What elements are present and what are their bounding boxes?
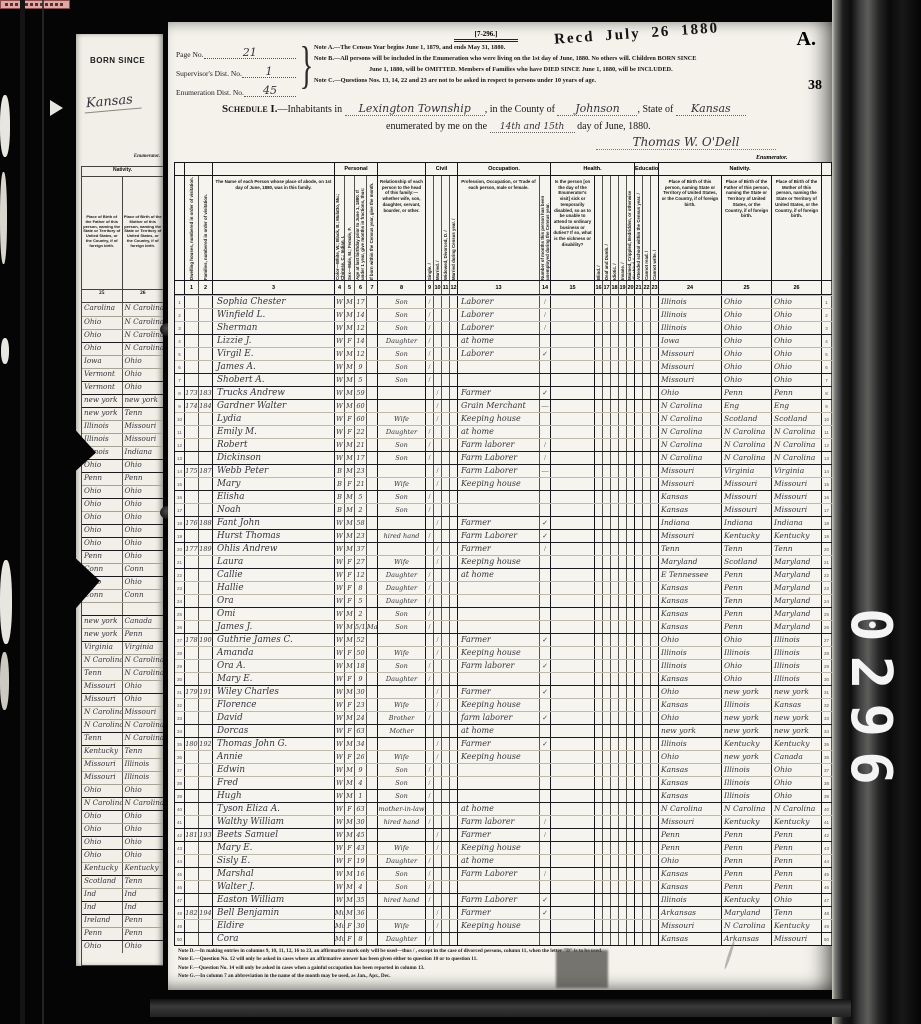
- table-cell: [185, 582, 199, 594]
- table-cell: [367, 933, 378, 945]
- table-cell: [635, 452, 643, 464]
- cell-person-name: Dickinson: [213, 452, 335, 464]
- table-cell: [611, 517, 619, 529]
- prev-birthplace-cell: Ohio: [82, 486, 123, 498]
- table-cell: Illinois: [722, 790, 772, 802]
- prev-col25-number: 25: [82, 290, 123, 302]
- prev-row: OhioN Carolina: [82, 329, 163, 342]
- table-cell: [627, 686, 635, 698]
- table-cell: [185, 868, 199, 880]
- table-cell: [367, 595, 378, 607]
- group-header-cell: Personal Description.: [335, 163, 378, 175]
- table-cell: Farmer: [458, 907, 540, 919]
- table-cell: [450, 686, 458, 698]
- table-cell: [603, 374, 611, 386]
- table-cell: [551, 530, 595, 542]
- table-cell: [442, 803, 450, 815]
- table-row: 3ShermanWM12Son/Laborer/IllinoisOhioOhio…: [175, 321, 834, 334]
- table-cell: [651, 426, 659, 438]
- table-cell: M: [345, 504, 355, 516]
- group-header-cell: Occupation.: [458, 163, 551, 175]
- table-cell: 45: [355, 829, 367, 841]
- table-cell: [595, 374, 603, 386]
- table-cell: [434, 582, 442, 594]
- table-cell: Keeping house: [458, 647, 540, 659]
- table-cell: [434, 868, 442, 880]
- table-row: 7Shobert A.WM5Son/MissouriOhioOhio7: [175, 373, 834, 386]
- table-cell: 19: [175, 530, 185, 542]
- table-cell: 5/12: [355, 621, 367, 633]
- table-cell: [619, 712, 627, 724]
- table-cell: [551, 400, 595, 412]
- table-cell: 27: [355, 556, 367, 568]
- table-cell: Indiana: [659, 517, 722, 529]
- table-cell: [442, 686, 450, 698]
- table-cell: 30: [355, 686, 367, 698]
- table-cell: [426, 803, 434, 815]
- table-cell: [434, 803, 442, 815]
- table-cell: /: [540, 309, 551, 321]
- table-cell: [603, 868, 611, 880]
- table-cell: [434, 439, 442, 451]
- table-cell: [450, 790, 458, 802]
- table-cell: new york: [772, 712, 822, 724]
- table-cell: [540, 881, 551, 893]
- table-cell: [619, 764, 627, 776]
- prev-row: [82, 602, 163, 615]
- table-cell: [619, 517, 627, 529]
- table-cell: [635, 790, 643, 802]
- prev-birthplace-cell: Virginia: [82, 642, 123, 654]
- table-cell: [643, 361, 651, 373]
- table-row: 33DavidWM24Brother/farm laborer✓Ohionew …: [175, 711, 834, 724]
- table-cell: 50: [822, 933, 832, 945]
- table-cell: 47: [822, 894, 832, 906]
- table-cell: [367, 309, 378, 321]
- cell-person-name: David: [213, 712, 335, 724]
- prev-rows: CarolinaN CarolinaOhioN CarolinaOhioN Ca…: [82, 303, 163, 953]
- table-cell: [651, 387, 659, 399]
- prev-birthplace-cell: N Carolina: [123, 330, 164, 342]
- table-cell: [367, 543, 378, 555]
- table-cell: [603, 504, 611, 516]
- table-cell: [643, 322, 651, 334]
- prev-birthplace-cell: Ind: [82, 889, 123, 901]
- cell-person-name: Sherman: [213, 322, 335, 334]
- prev-birthplace-cell: N Carolina: [123, 668, 164, 680]
- table-cell: Ohio: [722, 309, 772, 321]
- table-cell: [611, 842, 619, 854]
- table-cell: Maryland: [659, 556, 722, 568]
- table-cell: [643, 452, 651, 464]
- table-cell: Farmer: [458, 686, 540, 698]
- table-cell: W: [335, 829, 345, 841]
- table-cell: [595, 686, 603, 698]
- table-cell: [627, 738, 635, 750]
- table-cell: [378, 738, 426, 750]
- table-cell: B: [335, 478, 345, 490]
- table-cell: [450, 504, 458, 516]
- table-cell: ✓: [540, 387, 551, 399]
- table-cell: Son: [378, 348, 426, 360]
- table-cell: [595, 335, 603, 347]
- table-cell: [651, 881, 659, 893]
- table-cell: W: [335, 452, 345, 464]
- table-cell: [611, 322, 619, 334]
- table-cell: [450, 920, 458, 932]
- table-cell: [442, 556, 450, 568]
- table-cell: Tenn: [772, 543, 822, 555]
- prev-col26-number: 26: [123, 290, 164, 302]
- table-cell: [458, 673, 540, 685]
- table-cell: [458, 933, 540, 945]
- table-cell: [595, 634, 603, 646]
- table-cell: M: [345, 361, 355, 373]
- table-cell: [434, 933, 442, 945]
- table-cell: Tenn: [772, 907, 822, 919]
- table-cell: [651, 751, 659, 763]
- table-cell: /: [434, 920, 442, 932]
- table-row: 27178190Guthrie James C.WM52/Farmer✓Ohio…: [175, 633, 834, 646]
- table-cell: M: [345, 686, 355, 698]
- table-cell: Penn: [772, 387, 822, 399]
- table-cell: [627, 868, 635, 880]
- table-cell: [619, 894, 627, 906]
- table-cell: Kansas: [659, 764, 722, 776]
- table-cell: Daughter: [378, 582, 426, 594]
- table-cell: [595, 465, 603, 477]
- table-cell: [603, 465, 611, 477]
- table-cell: Farm Laborer: [458, 530, 540, 542]
- table-row: 48182194Bell BenjaminMuM36/Farmer✓Arkans…: [175, 906, 834, 919]
- table-cell: [540, 751, 551, 763]
- table-cell: 10: [175, 413, 185, 425]
- table-cell: [603, 335, 611, 347]
- table-cell: [611, 439, 619, 451]
- table-cell: [551, 660, 595, 672]
- table-cell: M: [345, 439, 355, 451]
- supervisor-label: Supervisor's Dist. No.: [176, 69, 242, 78]
- column-number-cell: 21: [635, 281, 643, 294]
- table-cell: [619, 725, 627, 737]
- prev-birthplace-cell: [82, 603, 123, 615]
- prev-birthplace-cell: Tenn: [123, 746, 164, 758]
- prev-row: MissouriOhio: [82, 693, 163, 706]
- prev-birthplace-cell: Ohio: [82, 512, 123, 524]
- page-no-label: Page No.: [176, 50, 204, 59]
- cell-person-name: Ora A.: [213, 660, 335, 672]
- table-cell: [551, 322, 595, 334]
- table-cell: [199, 881, 213, 893]
- table-cell: N Carolina: [722, 452, 772, 464]
- prev-birthplace-cell: Kentucky: [123, 863, 164, 875]
- cell-person-name: Mary E.: [213, 673, 335, 685]
- table-cell: [627, 855, 635, 867]
- table-cell: [603, 829, 611, 841]
- table-cell: [595, 816, 603, 828]
- table-cell: [434, 595, 442, 607]
- table-cell: Missouri: [659, 348, 722, 360]
- table-cell: [627, 465, 635, 477]
- table-cell: [619, 543, 627, 555]
- table-cell: Kentucky: [772, 738, 822, 750]
- prev-birthplace-cell: Ohio: [123, 512, 164, 524]
- table-cell: 39: [822, 790, 832, 802]
- table-cell: 43: [822, 842, 832, 854]
- cell-person-name: Fant John: [213, 517, 335, 529]
- table-cell: /: [540, 322, 551, 334]
- table-cell: [199, 296, 213, 308]
- table-cell: [185, 621, 199, 633]
- prev-enumerator-label: Enumerator.: [134, 154, 160, 159]
- table-cell: [595, 322, 603, 334]
- table-cell: M: [345, 881, 355, 893]
- table-cell: Maryland: [772, 621, 822, 633]
- table-cell: 176: [185, 517, 199, 529]
- table-cell: W: [335, 803, 345, 815]
- table-cell: W: [335, 777, 345, 789]
- prev-birthplace-cell: N Carolina: [82, 720, 123, 732]
- table-cell: [643, 426, 651, 438]
- table-cell: [434, 504, 442, 516]
- table-cell: W: [335, 855, 345, 867]
- table-cell: [651, 660, 659, 672]
- table-cell: [651, 686, 659, 698]
- prev-row: OhioOhio: [82, 849, 163, 862]
- prev-row: IrelandPenn: [82, 914, 163, 927]
- table-cell: [635, 322, 643, 334]
- table-cell: /: [434, 478, 442, 490]
- table-cell: [651, 790, 659, 802]
- table-cell: M: [345, 491, 355, 503]
- prev-birthplace-cell: Ohio: [123, 811, 164, 823]
- table-cell: [450, 478, 458, 490]
- prev-birthplace-cell: Ohio: [123, 525, 164, 537]
- table-cell: /: [426, 569, 434, 581]
- table-cell: [442, 660, 450, 672]
- table-cell: [551, 842, 595, 854]
- table-cell: [551, 764, 595, 776]
- table-cell: [603, 803, 611, 815]
- table-cell: Tenn: [722, 595, 772, 607]
- table-cell: [185, 673, 199, 685]
- table-cell: [651, 361, 659, 373]
- table-cell: [450, 595, 458, 607]
- table-cell: 12: [175, 439, 185, 451]
- table-cell: [442, 543, 450, 555]
- table-cell: N Carolina: [722, 426, 772, 438]
- table-cell: Farmer: [458, 738, 540, 750]
- table-cell: [619, 647, 627, 659]
- table-cell: [627, 413, 635, 425]
- table-cell: [540, 777, 551, 789]
- table-cell: 47: [175, 894, 185, 906]
- table-cell: /: [540, 543, 551, 555]
- table-cell: [651, 816, 659, 828]
- prev-birthplace-cell: new york: [82, 616, 123, 628]
- table-cell: [603, 309, 611, 321]
- schedule-lead: —Inhabitants in: [277, 104, 342, 115]
- table-cell: N Carolina: [772, 803, 822, 815]
- table-cell: ✓: [540, 530, 551, 542]
- table-cell: 25: [822, 608, 832, 620]
- table-cell: [643, 478, 651, 490]
- table-cell: [627, 933, 635, 945]
- table-cell: Missouri: [772, 933, 822, 945]
- cell-person-name: Gardner Walter: [213, 400, 335, 412]
- cell-person-name: Laura: [213, 556, 335, 568]
- table-cell: 21: [175, 556, 185, 568]
- table-cell: [651, 699, 659, 711]
- footnote-e: Note E.—Question No. 12 will only be ask…: [178, 955, 818, 963]
- prev-state-handwriting: Kansas: [83, 92, 141, 114]
- prev-birthplace-cell: Conn: [123, 564, 164, 576]
- table-cell: [635, 777, 643, 789]
- table-cell: [185, 478, 199, 490]
- table-cell: [551, 647, 595, 659]
- table-cell: ✓: [540, 894, 551, 906]
- table-cell: Kansas: [659, 608, 722, 620]
- table-cell: [611, 790, 619, 802]
- prev-birthplace-cell: Tenn: [123, 408, 164, 420]
- table-cell: [611, 595, 619, 607]
- table-cell: [611, 413, 619, 425]
- table-cell: F: [345, 582, 355, 594]
- table-cell: [627, 634, 635, 646]
- table-cell: [426, 634, 434, 646]
- table-cell: [651, 478, 659, 490]
- prev-birthplace-cell: Ohio: [123, 538, 164, 550]
- table-cell: 14: [822, 465, 832, 477]
- table-cell: [551, 309, 595, 321]
- table-cell: 1: [355, 790, 367, 802]
- table-row: 23HallieWF8Daughter/KansasPennMaryland23: [175, 581, 834, 594]
- prev-birthplace-cell: N Carolina: [123, 343, 164, 355]
- table-cell: [434, 673, 442, 685]
- table-cell: [199, 725, 213, 737]
- table-cell: [627, 556, 635, 568]
- table-cell: [603, 387, 611, 399]
- table-cell: [540, 855, 551, 867]
- table-cell: [627, 751, 635, 763]
- prev-birthplace-cell: Penn: [123, 473, 164, 485]
- cell-person-name: Florence: [213, 699, 335, 711]
- table-cell: [611, 478, 619, 490]
- table-cell: Son: [378, 621, 426, 633]
- table-cell: [540, 790, 551, 802]
- table-cell: [627, 569, 635, 581]
- table-cell: [603, 842, 611, 854]
- cell-person-name: Thomas John G.: [213, 738, 335, 750]
- table-cell: /: [426, 439, 434, 451]
- table-cell: [378, 400, 426, 412]
- table-cell: [627, 452, 635, 464]
- table-cell: Ohio: [772, 348, 822, 360]
- column-number-cell: 3: [213, 281, 335, 294]
- prev-birthplace-cell: Tenn: [82, 733, 123, 745]
- table-cell: [619, 530, 627, 542]
- table-cell: M: [345, 348, 355, 360]
- table-cell: Illinois: [659, 894, 722, 906]
- table-cell: 26: [175, 621, 185, 633]
- table-cell: N Carolina: [659, 426, 722, 438]
- table-cell: [185, 556, 199, 568]
- table-cell: [635, 686, 643, 698]
- column-header-cell: Blind. /: [595, 176, 603, 280]
- table-cell: [611, 608, 619, 620]
- table-cell: [595, 595, 603, 607]
- table-cell: [450, 387, 458, 399]
- table-cell: Keeping house: [458, 699, 540, 711]
- county-label: , in the County of: [485, 104, 555, 115]
- prev-row: OhioOhio: [82, 498, 163, 511]
- table-cell: [442, 699, 450, 711]
- state-label: , State of: [637, 104, 673, 115]
- prev-birthplace-cell: N Carolina: [123, 317, 164, 329]
- table-cell: [426, 647, 434, 659]
- table-cell: 22: [822, 569, 832, 581]
- table-cell: 190: [199, 634, 213, 646]
- table-cell: [450, 608, 458, 620]
- table-row: 35180192Thomas John G.WM34/Farmer✓Illino…: [175, 737, 834, 750]
- table-cell: [635, 894, 643, 906]
- table-cell: [635, 387, 643, 399]
- column-header-cell: Cannot read. /: [643, 176, 651, 280]
- prev-row: TennN Carolina: [82, 667, 163, 680]
- table-cell: Penn: [722, 855, 772, 867]
- table-cell: /: [426, 712, 434, 724]
- prev-row: OhioOhio: [82, 823, 163, 836]
- table-cell: [643, 660, 651, 672]
- table-cell: new york: [722, 686, 772, 698]
- table-row: 26James J.WM5/12MaySon/KansasPennMarylan…: [175, 620, 834, 633]
- table-cell: Wife: [378, 478, 426, 490]
- table-cell: [551, 881, 595, 893]
- table-cell: [434, 790, 442, 802]
- table-cell: [643, 504, 651, 516]
- table-cell: [611, 894, 619, 906]
- table-cell: Daughter: [378, 933, 426, 945]
- column-header-cell: Profession, Occupation, or Trade of each…: [458, 176, 540, 280]
- table-cell: [651, 504, 659, 516]
- table-cell: [367, 842, 378, 854]
- column-number-cell: 23: [651, 281, 659, 294]
- table-cell: Son: [378, 491, 426, 503]
- table-cell: Mu: [335, 933, 345, 945]
- table-cell: 40: [175, 803, 185, 815]
- table-cell: W: [335, 348, 345, 360]
- table-cell: 18: [822, 517, 832, 529]
- table-cell: [367, 660, 378, 672]
- table-cell: [426, 751, 434, 763]
- table-cell: [442, 491, 450, 503]
- table-cell: [551, 348, 595, 360]
- table-cell: [551, 517, 595, 529]
- table-cell: [199, 374, 213, 386]
- enumeration-value: 45: [244, 86, 296, 97]
- table-cell: 188: [199, 517, 213, 529]
- table-cell: 2: [355, 504, 367, 516]
- table-cell: [378, 829, 426, 841]
- table-cell: W: [335, 738, 345, 750]
- prev-birthplace-cell: Ohio: [123, 551, 164, 563]
- table-cell: Maryland: [772, 595, 822, 607]
- table-cell: [185, 803, 199, 815]
- table-cell: [611, 387, 619, 399]
- table-cell: [450, 400, 458, 412]
- table-cell: [627, 517, 635, 529]
- table-cell: [635, 569, 643, 581]
